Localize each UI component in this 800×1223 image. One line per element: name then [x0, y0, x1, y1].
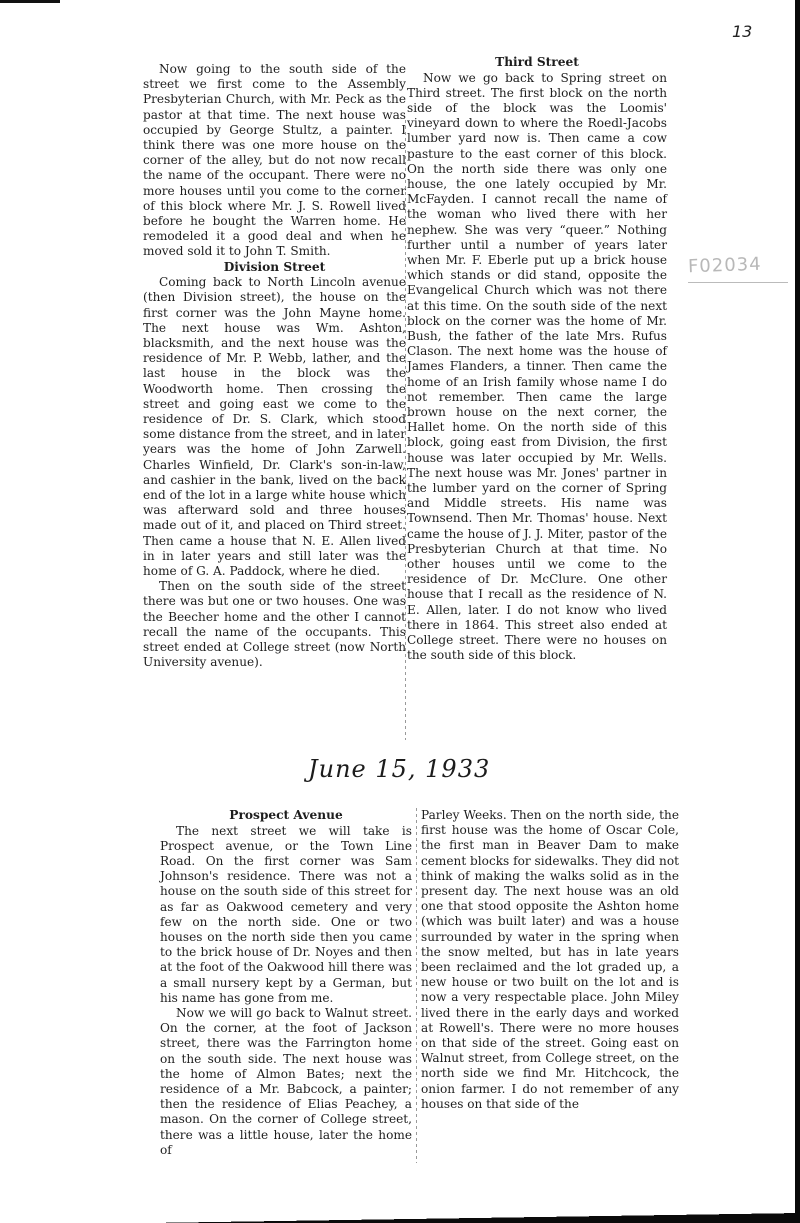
column-bottom-right: Parley Weeks. Then on the north side, th…: [421, 808, 679, 1112]
scan-edge-top: [0, 0, 60, 3]
handwritten-date: June 15, 1933: [308, 755, 490, 783]
column-top-left: Now going to the south side of the stree…: [143, 62, 406, 670]
column-divider: [405, 120, 406, 740]
column-top-right: Third Street Now we go back to Spring st…: [407, 55, 667, 663]
section-heading-third-street: Third Street: [407, 55, 667, 71]
paragraph: Now we will go back to Walnut street. On…: [160, 1006, 412, 1158]
scan-edge-bottom: [150, 1213, 800, 1223]
page-number: 13: [732, 22, 752, 41]
paragraph: Coming back to North Lincoln avenue (the…: [143, 275, 406, 579]
column-bottom-left: Prospect Avenue The next street we will …: [160, 808, 412, 1158]
paragraph: Parley Weeks. Then on the north side, th…: [421, 808, 679, 1112]
paragraph: The next street we will take is Prospect…: [160, 824, 412, 1006]
section-heading-division-street: Division Street: [143, 260, 406, 276]
margin-note: F02034: [688, 254, 762, 278]
column-divider: [416, 808, 417, 1163]
margin-note-underline: [688, 282, 788, 283]
paragraph: Then on the south side of the street the…: [143, 579, 406, 670]
paragraph: Now we go back to Spring street on Third…: [407, 71, 667, 664]
paragraph: Now going to the south side of the stree…: [143, 62, 406, 260]
scan-edge-right: [795, 0, 800, 1223]
section-heading-prospect-avenue: Prospect Avenue: [160, 808, 412, 824]
